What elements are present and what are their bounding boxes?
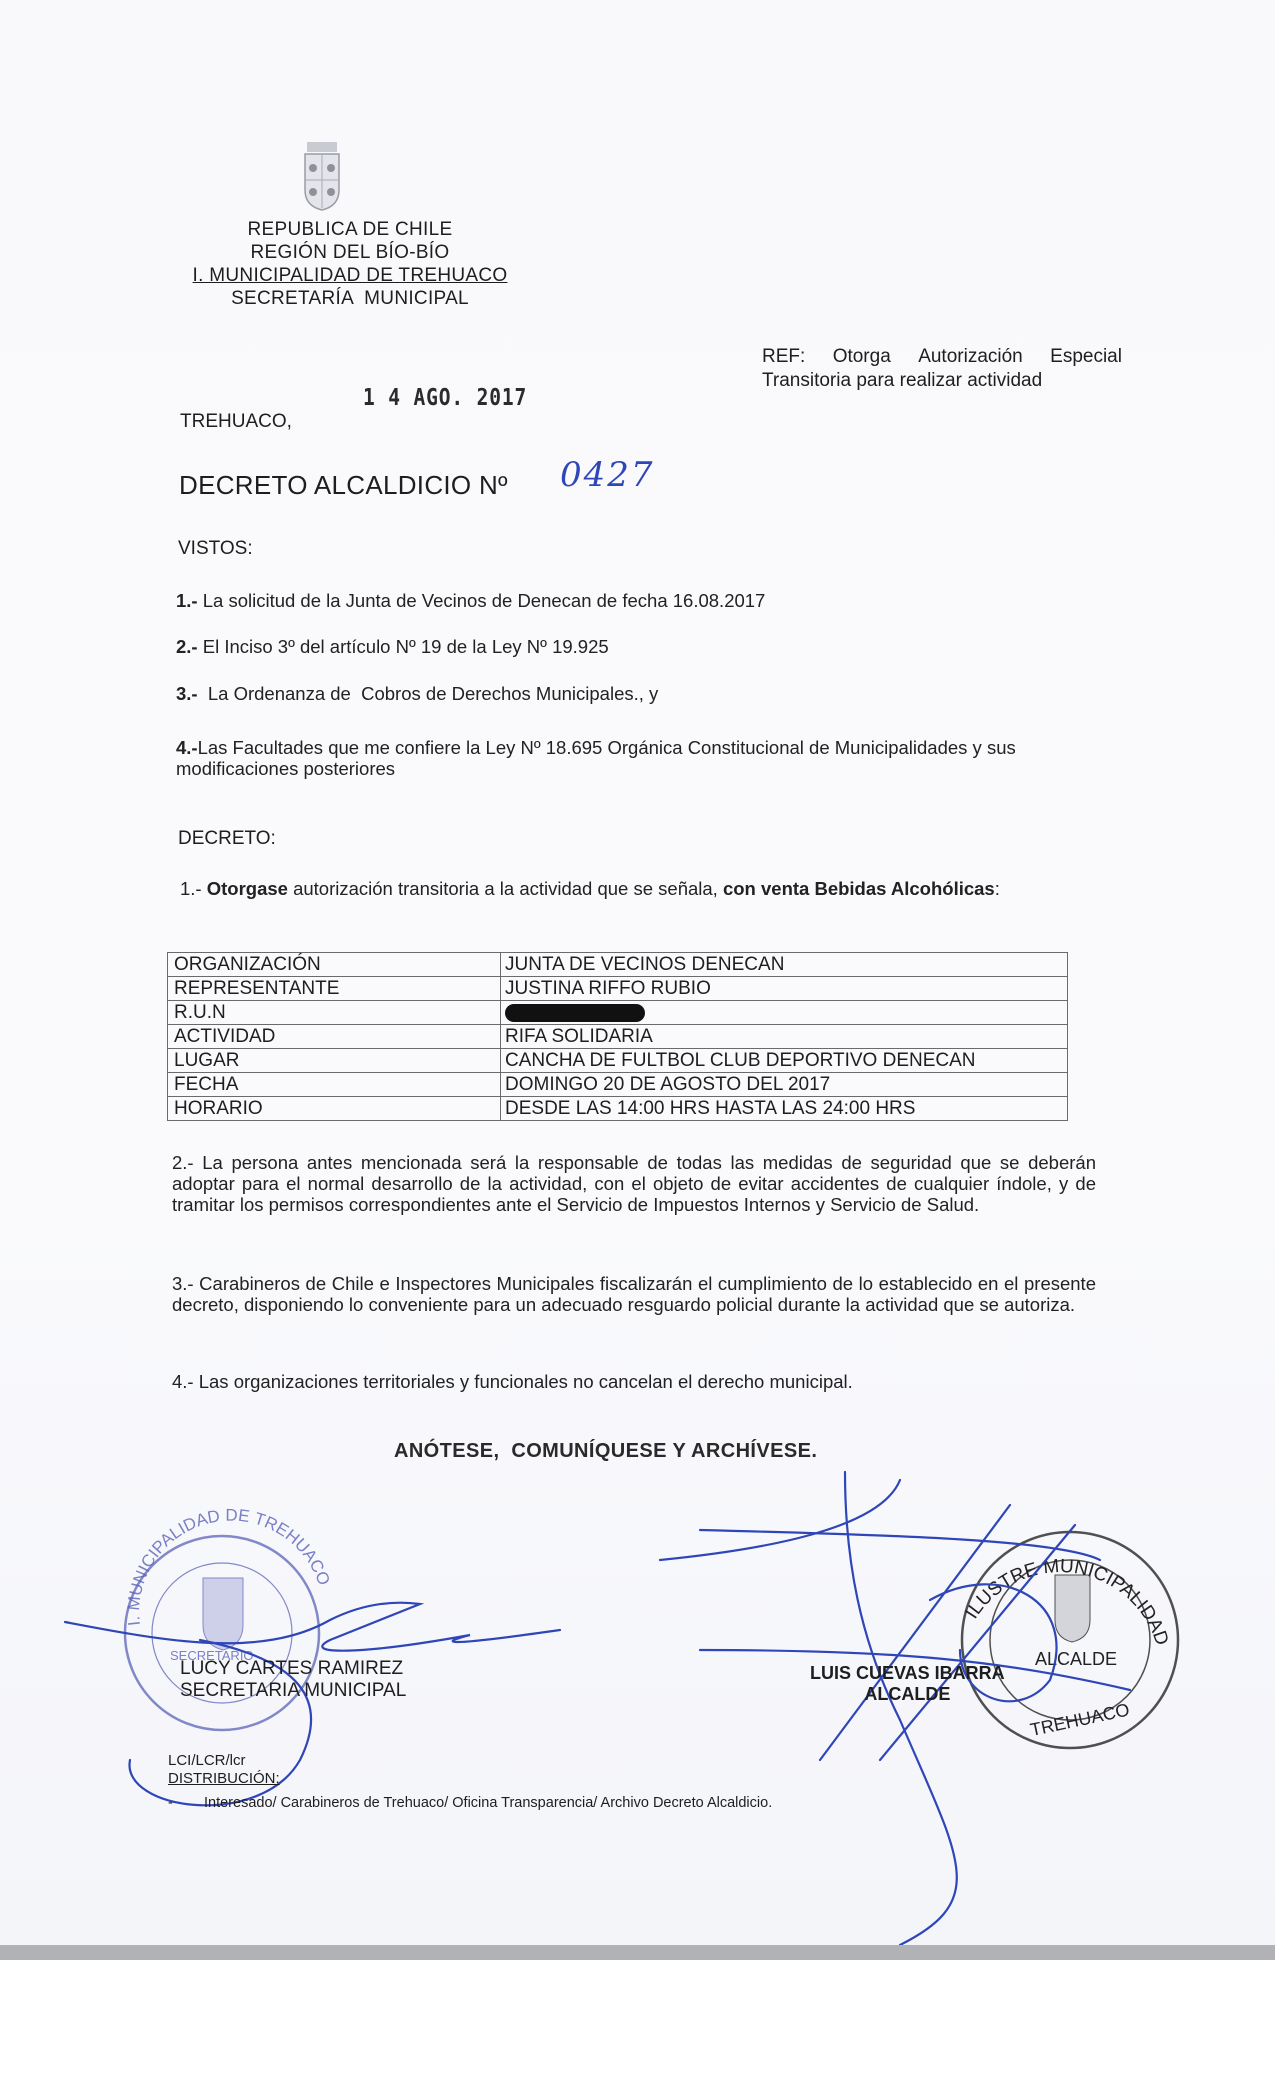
mayor-name: LUIS CUEVAS IBARRA: [810, 1663, 1005, 1684]
decreto-paragraph-3: 3.- Carabineros de Chile e Inspectores M…: [172, 1273, 1096, 1315]
distribution-label: DISTRIBUCIÓN:: [168, 1770, 280, 1787]
scan-edge-band: [0, 1945, 1275, 1960]
p1-middle: autorización transitoria a la actividad …: [288, 878, 723, 899]
header-line-republic: REPUBLICA DE CHILE: [150, 218, 550, 241]
row-key: ORGANIZACIÓN: [168, 953, 501, 977]
item-text: El Inciso 3º del artículo Nº 19 de la Le…: [198, 636, 609, 657]
row-value: JUNTA DE VECINOS DENECAN: [501, 953, 1068, 977]
row-key: LUGAR: [168, 1049, 501, 1073]
item-text: La Ordenanza de Cobros de Derechos Munic…: [198, 683, 659, 704]
ref-word: Especial: [1050, 345, 1122, 369]
activity-details-table: ORGANIZACIÓNJUNTA DE VECINOS DENECANREPR…: [167, 952, 1068, 1121]
coat-of-arms-icon: [301, 140, 343, 212]
table-row: R.U.N: [168, 1001, 1068, 1025]
ref-word: Otorga: [833, 345, 891, 369]
item-number: 4.-: [176, 737, 198, 758]
secretary-signature-block: LUCY CARTES RAMIREZ SECRETARIA MUNICIPAL: [180, 1658, 406, 1702]
row-key: R.U.N: [168, 1001, 501, 1025]
row-value: DESDE LAS 14:00 HRS HASTA LAS 24:00 HRS: [501, 1097, 1068, 1121]
decreto-label: DECRETO:: [178, 828, 276, 850]
ref-line2: Transitoria para realizar actividad: [762, 369, 1122, 393]
decree-number-handwritten: 0427: [560, 455, 655, 495]
header-line-municipality: I. MUNICIPALIDAD DE TREHUACO: [150, 264, 550, 287]
header-line-region: REGIÓN DEL BÍO-BÍO: [150, 241, 550, 264]
table-row: LUGARCANCHA DE FULTBOL CLUB DEPORTIVO DE…: [168, 1049, 1068, 1073]
date-stamp: 1 4 AGO. 2017: [363, 385, 527, 411]
vistos-item: 1.- La solicitud de la Junta de Vecinos …: [176, 590, 765, 611]
vistos-item: 2.- El Inciso 3º del artículo Nº 19 de l…: [176, 636, 609, 657]
item-number: 2.-: [176, 636, 198, 657]
row-key: REPRESENTANTE: [168, 977, 501, 1001]
mayor-signature-block: LUIS CUEVAS IBARRA ALCALDE: [810, 1663, 1005, 1705]
mayor-role: ALCALDE: [810, 1684, 1005, 1705]
secretary-role: SECRETARIA MUNICIPAL: [180, 1680, 406, 1702]
row-value: JUSTINA RIFFO RUBIO: [501, 977, 1068, 1001]
row-value: DOMINGO 20 DE AGOSTO DEL 2017: [501, 1073, 1068, 1097]
row-value: [501, 1001, 1068, 1025]
ref-word: Autorización: [918, 345, 1023, 369]
decree-title: DECRETO ALCALDICIO Nº: [179, 470, 508, 501]
row-value: RIFA SOLIDARIA: [501, 1025, 1068, 1049]
closing-formula: ANÓTESE, COMUNÍQUESE Y ARCHÍVESE.: [394, 1440, 817, 1463]
table-row: ORGANIZACIÓNJUNTA DE VECINOS DENECAN: [168, 953, 1068, 977]
item-number: 3.-: [176, 683, 198, 704]
decreto-paragraph-2: 2.- La persona antes mencionada será la …: [172, 1152, 1096, 1215]
item-number: 1.-: [176, 590, 198, 611]
table-row: HORARIODESDE LAS 14:00 HRS HASTA LAS 24:…: [168, 1097, 1068, 1121]
city-label: TREHUACO,: [180, 411, 292, 433]
p1-suffix: :: [995, 878, 1000, 899]
p1-bold-clause: con venta Bebidas Alcohólicas: [723, 878, 995, 899]
item-text: La solicitud de la Junta de Vecinos de D…: [198, 590, 766, 611]
row-key: ACTIVIDAD: [168, 1025, 501, 1049]
item-text: Las Facultades que me confiere la Ley Nº…: [176, 737, 1016, 779]
table-row: FECHADOMINGO 20 DE AGOSTO DEL 2017: [168, 1073, 1068, 1097]
p1-bold-verb: Otorgase: [207, 878, 288, 899]
decreto-paragraph-4: 4.- Las organizaciones territoriales y f…: [172, 1371, 853, 1392]
row-value: CANCHA DE FULTBOL CLUB DEPORTIVO DENECAN: [501, 1049, 1068, 1073]
table-row: ACTIVIDADRIFA SOLIDARIA: [168, 1025, 1068, 1049]
vistos-item: 3.- La Ordenanza de Cobros de Derechos M…: [176, 683, 658, 704]
redaction-mark: [505, 1004, 645, 1022]
vistos-label: VISTOS:: [178, 538, 253, 560]
p1-prefix: 1.-: [180, 878, 207, 899]
vistos-item: 4.-Las Facultades que me confiere la Ley…: [176, 737, 1096, 779]
header-line-secretariat: SECRETARÍA MUNICIPAL: [150, 287, 550, 310]
reference-block: REF: Otorga Autorización Especial Transi…: [762, 345, 1122, 393]
row-key: HORARIO: [168, 1097, 501, 1121]
table-row: REPRESENTANTEJUSTINA RIFFO RUBIO: [168, 977, 1068, 1001]
row-key: FECHA: [168, 1073, 501, 1097]
secretary-name: LUCY CARTES RAMIREZ: [180, 1658, 406, 1680]
distribution-item: -Interesado/ Carabineros de Trehuaco/ Of…: [168, 1795, 772, 1811]
initials: LCI/LCR/lcr: [168, 1752, 246, 1769]
ref-label: REF:: [762, 345, 805, 369]
institution-header: REPUBLICA DE CHILE REGIÓN DEL BÍO-BÍO I.…: [150, 218, 550, 310]
distribution-text: Interesado/ Carabineros de Trehuaco/ Ofi…: [204, 1795, 772, 1811]
decreto-paragraph-1: 1.- Otorgase autorización transitoria a …: [180, 878, 1096, 899]
